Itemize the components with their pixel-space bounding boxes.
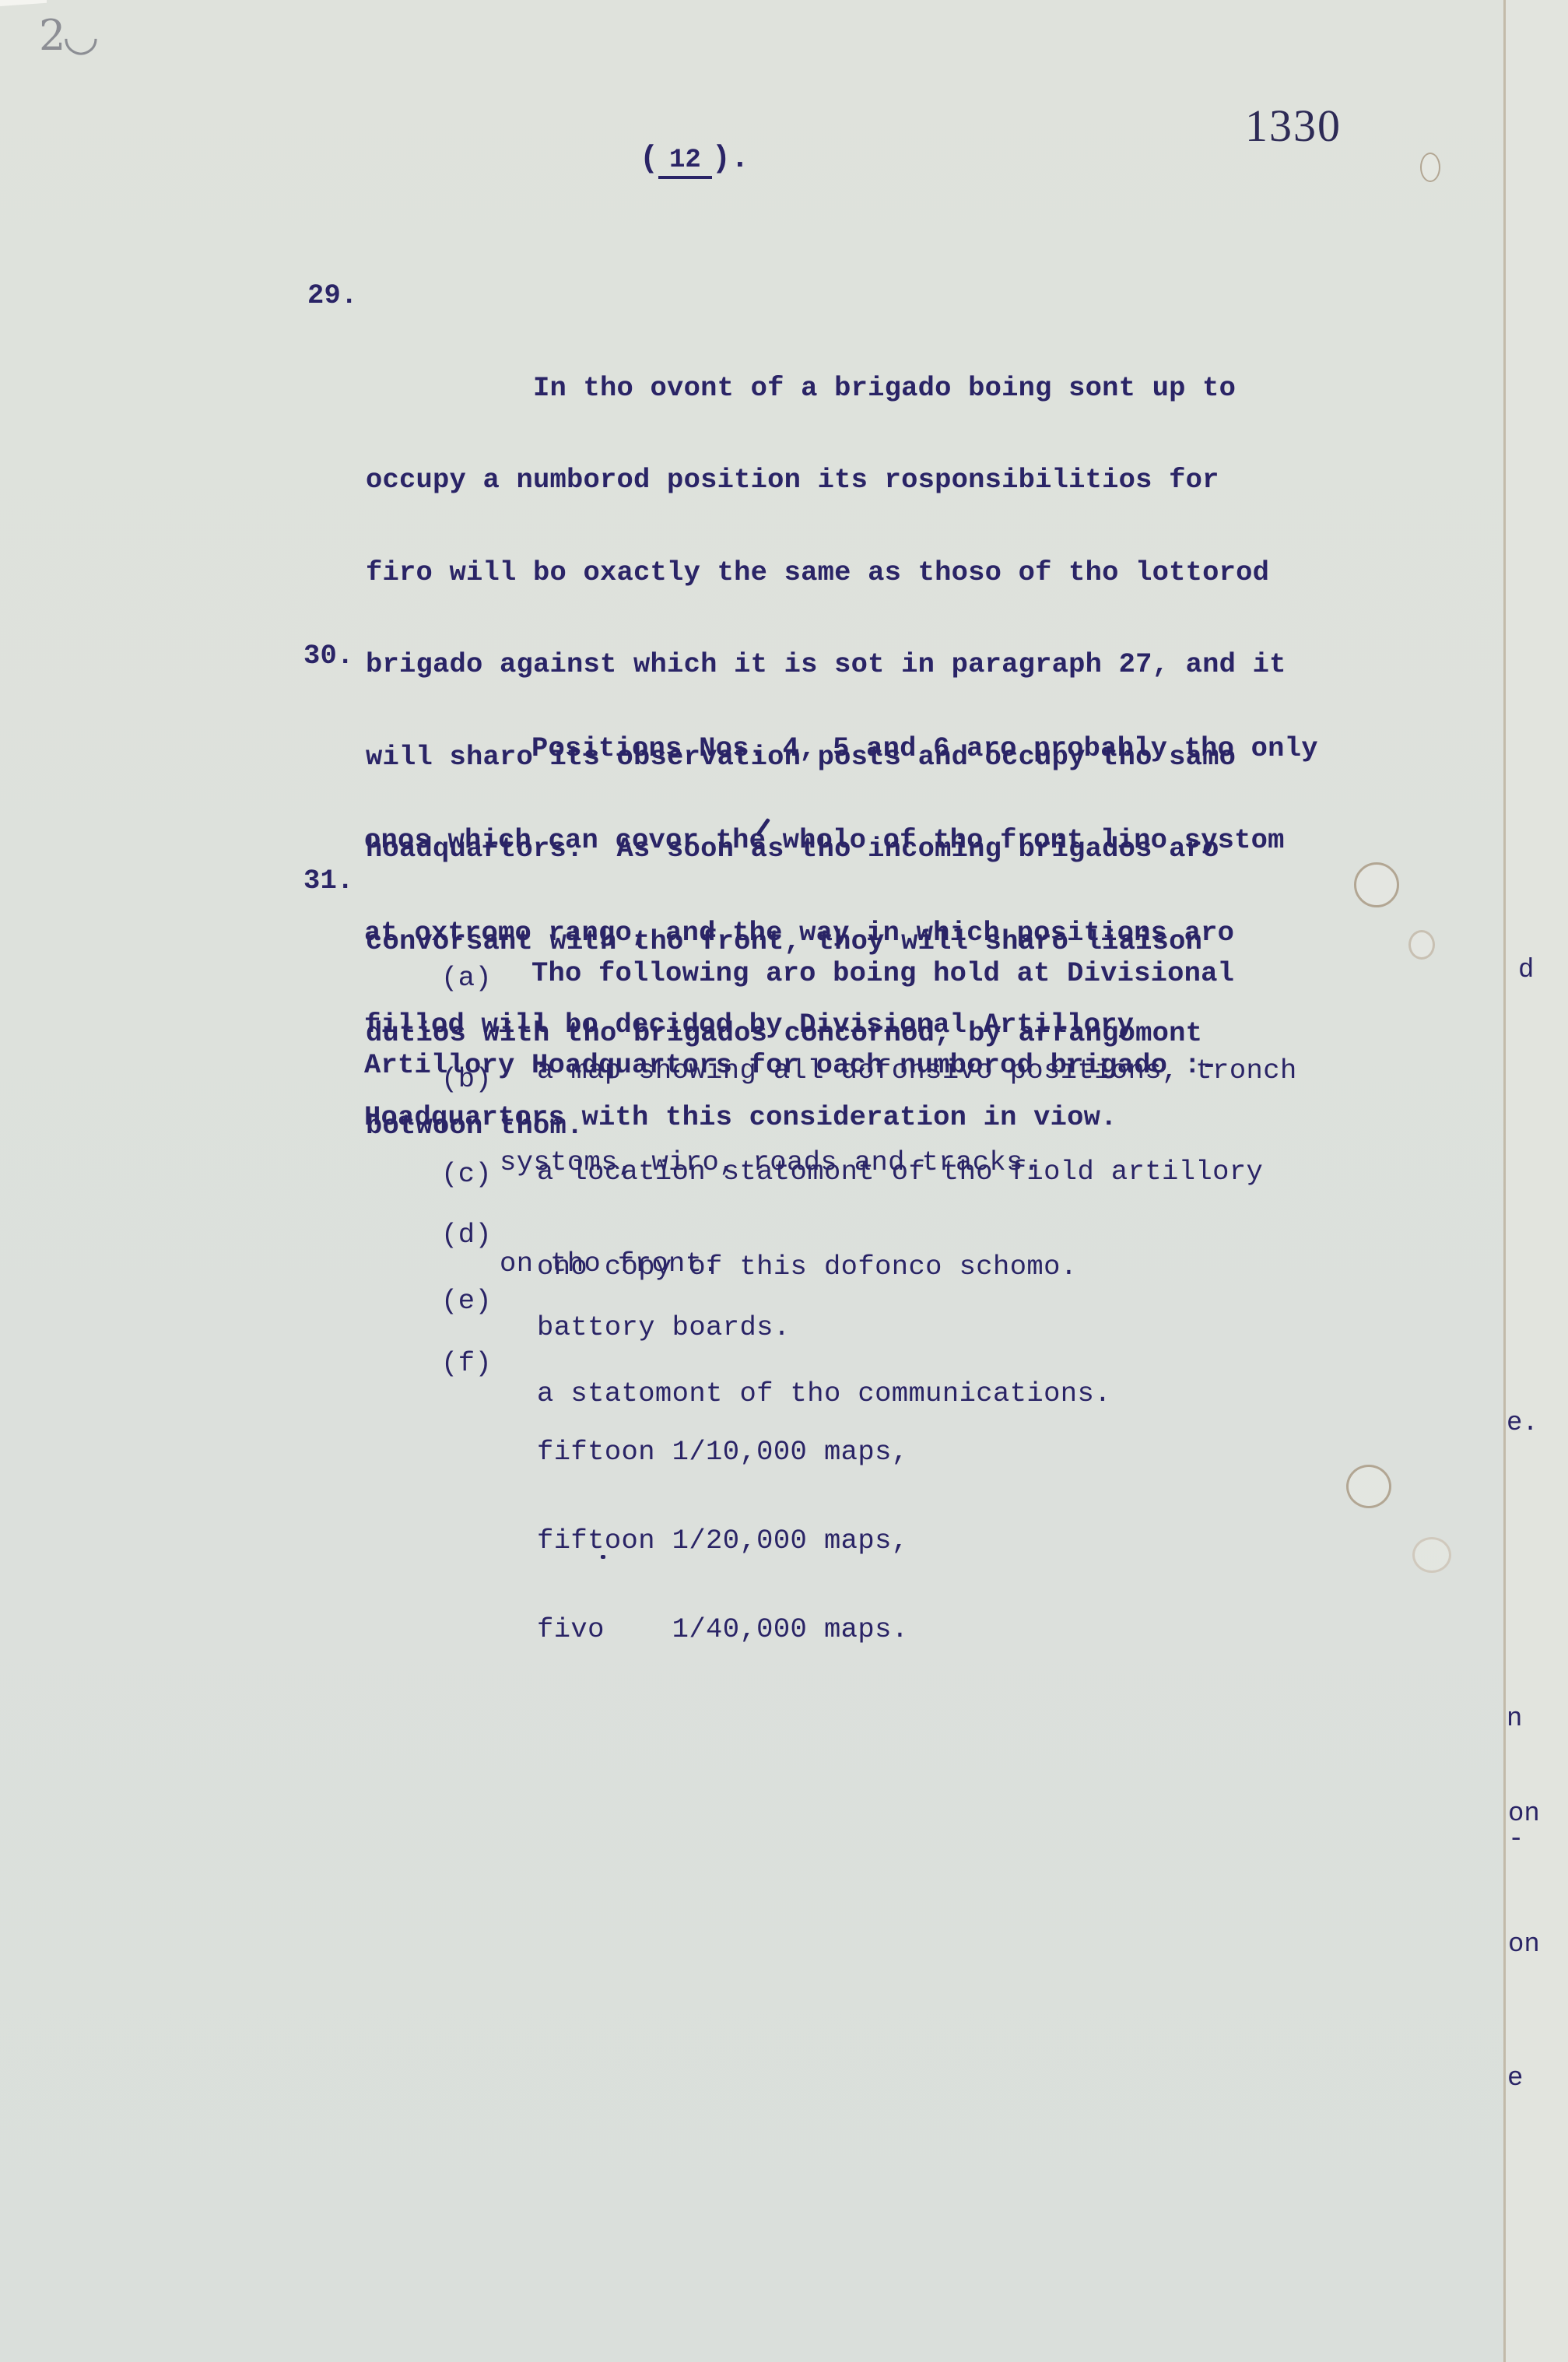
- list-item-f: (f) fiftoon 1/10,000 maps, fiftoon 1/20,…: [537, 1349, 908, 1704]
- paragraph-line: onos which can covor the wholo of tho fr…: [364, 825, 1318, 856]
- paragraph-line: In tho ovont of a brigado boing sont up …: [366, 373, 1286, 404]
- underlying-text-fragment: e.: [1507, 1409, 1538, 1438]
- page-number-value: 12: [658, 145, 712, 179]
- page-fold-line: [1503, 0, 1506, 2362]
- item-label: (d): [441, 1220, 492, 1251]
- underlying-page: d e. n on - on e: [1506, 0, 1568, 2362]
- document-page: 2◡ 1330 (12). 29. In tho ovont of a brig…: [0, 0, 1506, 2362]
- underlying-text-fragment: e: [1507, 2064, 1523, 2094]
- punch-hole: [1354, 862, 1399, 907]
- paragraph-line: occupy a numborod position its rosponsib…: [366, 465, 1286, 496]
- page-number-prefix: (: [640, 142, 658, 177]
- punch-hole: [1412, 1537, 1451, 1573]
- punch-hole: [1408, 930, 1435, 960]
- underlying-text-fragment: n: [1507, 1704, 1522, 1734]
- underlying-text-fragment: on: [1508, 1930, 1540, 1960]
- underlying-text-fragment: -: [1508, 1825, 1524, 1855]
- paragraph-line: Positions Nos. 4, 5 and 6 aro probably t…: [364, 733, 1318, 764]
- item-label: (a): [441, 963, 492, 994]
- item-line: fivo 1/40,000 maps.: [537, 1615, 908, 1644]
- page-corner-edge: [0, 0, 47, 6]
- item-line: fiftoon 1/20,000 maps,: [537, 1526, 908, 1556]
- pencil-annotation: 2◡: [39, 11, 96, 60]
- page-number: (12).: [640, 142, 749, 179]
- paragraph-number: 29.: [307, 280, 358, 311]
- folio-number: 1330: [1245, 100, 1342, 152]
- item-label: (f): [441, 1349, 492, 1378]
- page-number-suffix: ).: [712, 142, 749, 177]
- ink-speck: [601, 1555, 605, 1559]
- paragraph-line: firo will bo oxactly the same as thoso o…: [366, 557, 1286, 588]
- paragraph-number: 30.: [303, 641, 354, 672]
- item-line: fiftoon 1/10,000 maps,: [537, 1437, 908, 1467]
- punch-hole: [1420, 153, 1440, 182]
- punch-hole: [1346, 1465, 1391, 1508]
- item-label: (e): [441, 1286, 492, 1317]
- underlying-text-fragment: d: [1518, 956, 1534, 985]
- paragraph-number: 31.: [303, 865, 354, 897]
- item-label: (b): [441, 1064, 492, 1095]
- item-label: (c): [441, 1159, 492, 1190]
